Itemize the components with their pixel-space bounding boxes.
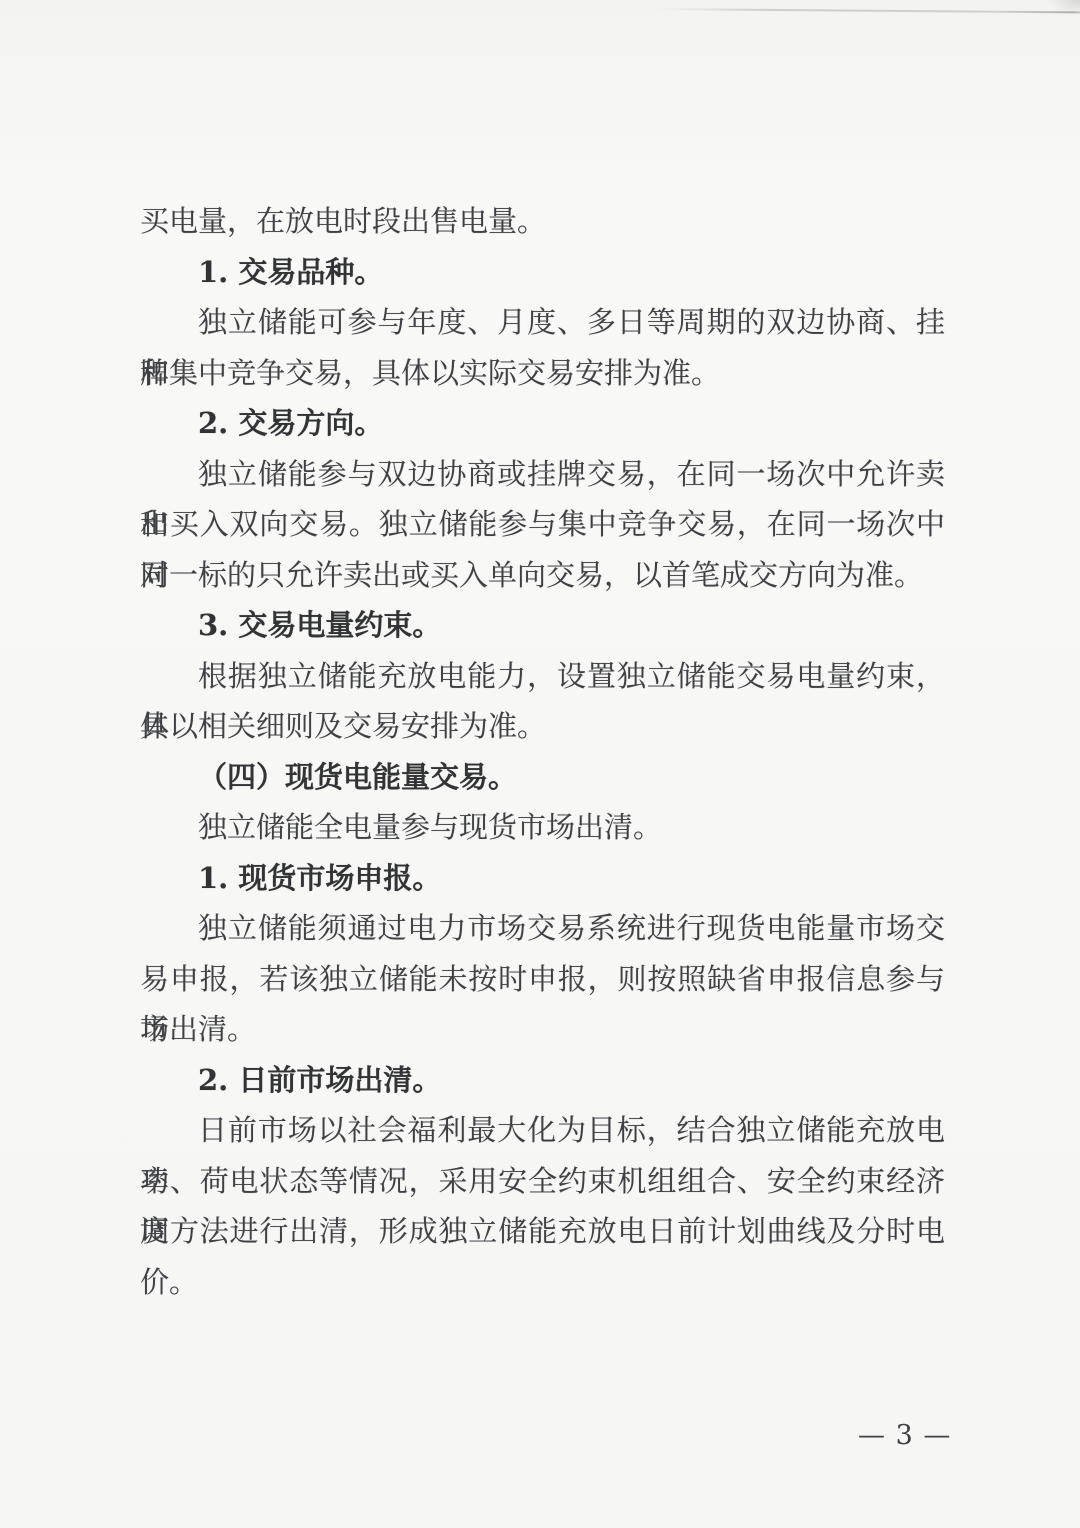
heading-line: （四）现货电能量交易。 [140,752,945,803]
heading-line: 1. 交易品种。 [140,247,945,298]
text-line: 价。 [140,1257,945,1308]
text-line: 和买入双向交易。独立储能参与集中竞争交易，在同一场次中对 [140,499,945,550]
document-page: 买电量，在放电时段出售电量。1. 交易品种。独立储能可参与年度、月度、多日等周期… [0,0,1080,1528]
page-number: — 3 — [858,1414,948,1458]
text-line: 度方法进行出清，形成独立储能充放电日前计划曲线及分时电 [140,1206,945,1257]
text-line: 根据独立储能充放电能力，设置独立储能交易电量约束，具 [140,651,945,702]
text-line: 独立储能参与双边协商或挂牌交易，在同一场次中允许卖出 [140,449,945,500]
text-line: 独立储能可参与年度、月度、多日等周期的双边协商、挂牌 [140,297,945,348]
text-line: 体以相关细则及交易安排为准。 [140,701,945,752]
heading-line: 2. 交易方向。 [140,398,945,449]
scan-artifact-corner [1046,0,1080,16]
text-line: 场出清。 [140,1004,945,1055]
text-line: 独立储能全电量参与现货市场出清。 [140,802,945,853]
text-line: 和集中竞争交易，具体以实际交易安排为准。 [140,348,945,399]
heading-line: 3. 交易电量约束。 [140,600,945,651]
text-line: 独立储能须通过电力市场交易系统进行现货电能量市场交 [140,903,945,954]
text-line: 买电量，在放电时段出售电量。 [140,196,945,247]
document-body: 买电量，在放电时段出售电量。1. 交易品种。独立储能可参与年度、月度、多日等周期… [140,196,945,1307]
text-line: 同一标的只允许卖出或买入单向交易，以首笔成交方向为准。 [140,550,945,601]
text-line: 易申报，若该独立储能未按时申报，则按照缺省申报信息参与市 [140,954,945,1005]
scan-artifact-line [655,8,1080,13]
heading-line: 2. 日前市场出清。 [140,1055,945,1106]
text-line: 率、荷电状态等情况，采用安全约束机组组合、安全约束经济调 [140,1156,945,1207]
heading-line: 1. 现货市场申报。 [140,853,945,904]
text-line: 日前市场以社会福利最大化为目标，结合独立储能充放电功 [140,1105,945,1156]
